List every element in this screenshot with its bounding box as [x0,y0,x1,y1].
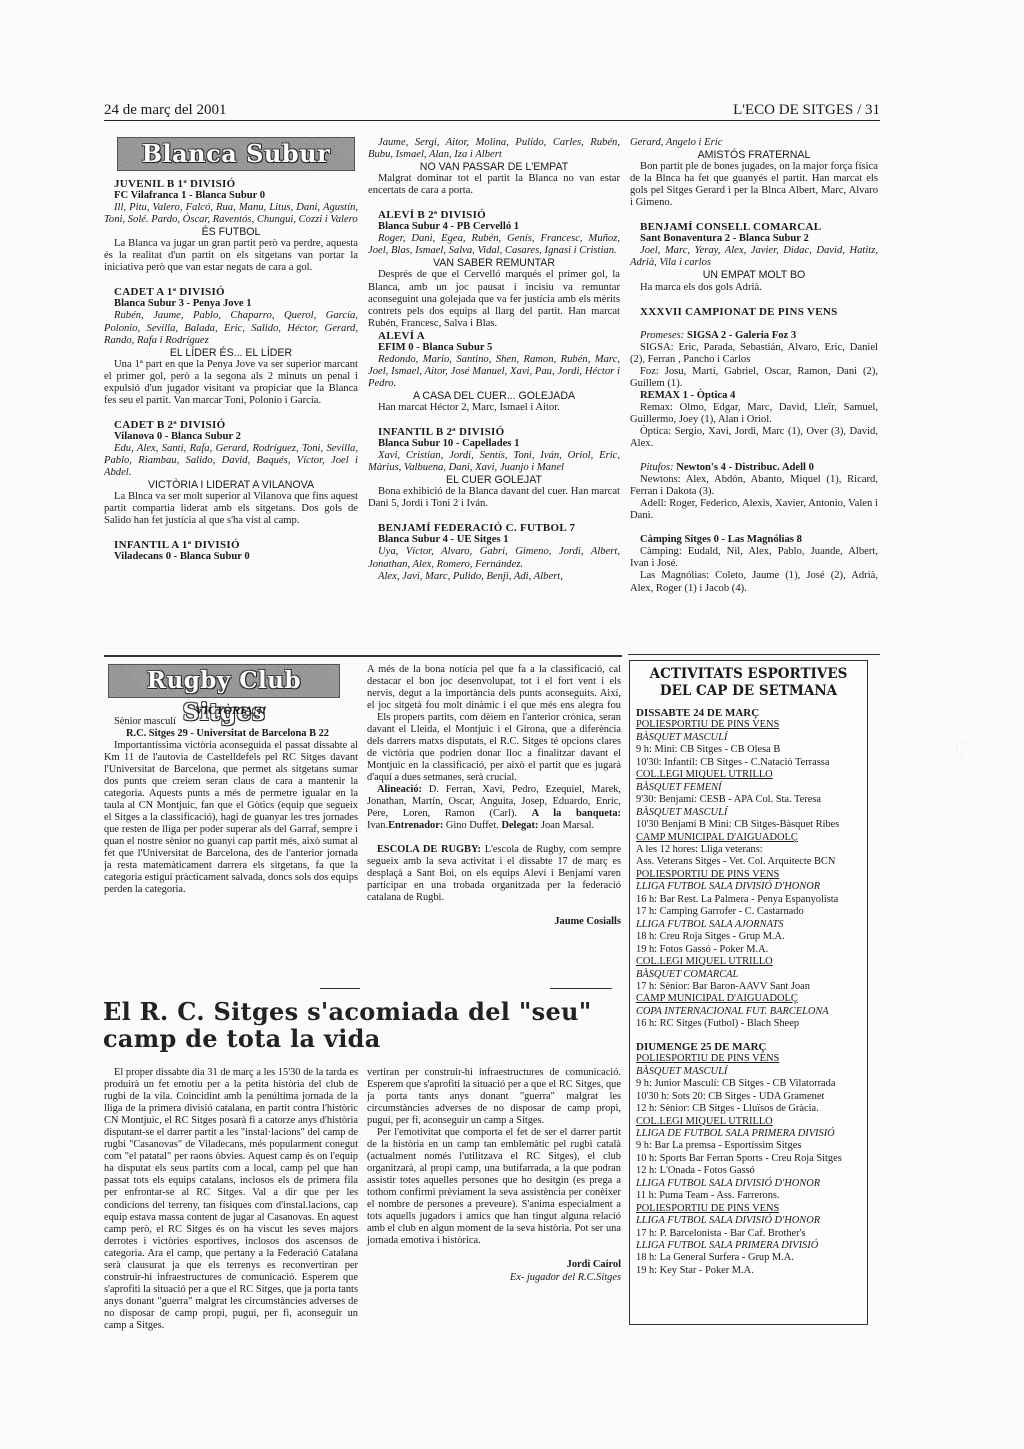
player-list: Gerard, Angelo i Eric [630,137,878,149]
headline: EL CUER GOLEJAT [368,474,620,486]
activity-venue: CAMP MUNICIPAL D'AIGUADOLÇ [636,832,866,844]
activity-sport: LLIGA FUTBOL SALA AJORNATS [636,919,866,931]
section-divider [628,654,880,655]
section-title: CADET B 2ª DIVISIÓ [104,419,358,431]
divider [320,988,360,989]
section-title: JUVENIL B 1ª DIVISIÓ [104,178,358,190]
match-result: EFIM 0 - Blanca Subur 5 [368,342,620,354]
team-lineup: SIGSA: Eric, Parada, Sebastián, Alvaro, … [630,342,878,366]
article-text: Importantíssima victòria aconseguida el … [104,740,358,896]
activity-event: 17 h: Camping Garrofer - C. Castarnado [636,906,866,918]
activity-sport: BÀSQUET FEMENÍ [636,782,866,794]
match-result: Blanca Subur 10 - Capellades 1 [368,438,620,450]
activity-sport: BÀSQUET MASCULÍ [636,807,866,819]
activity-venue: COL.LEGI MIQUEL UTRILLO [636,769,866,781]
rugby-club-banner: Rugby Club Sitges [108,664,340,698]
activity-event: 18 h: Creu Roja Sitges - Grup M.A. [636,931,866,943]
player-list: Jaume, Sergi, Aitor, Molina, Pulido, Car… [368,137,620,161]
team-lineup: Òptica: Sergio, Xavi, Jordi, Marc (1), O… [630,426,878,450]
team-lineup: Newtons: Alex, Abdón, Abanto, Miquel (1)… [630,474,878,498]
player-list: Ill, Pitu, Valero, Falcó, Rua, Manu, Lit… [104,202,358,226]
activity-event: 9 h: Junior Masculí: CB Sitges - CB Vila… [636,1078,866,1090]
scan-artifact: · · ·: ·· : [956,740,986,780]
activity-event: 19 h: Fotos Gassó - Poker M.A. [636,944,866,956]
match-result: FC Vilafranca 1 - Blanca Subur 0 [104,190,358,202]
activity-event: 17 h: Sènior: Bar Baron-AAVV Sant Joan [636,981,866,993]
newspaper-page: 24 de març del 2001 L'ECO DE SITGES / 31… [0,0,1024,1449]
match-line: Promeses: SIGSA 2 - Galeria Foz 3 [630,330,878,342]
activity-event: 10 h: Sports Bar Ferran Sports - Creu Ro… [636,1153,866,1165]
activity-day: DISSABTE 24 DE MARÇ [636,707,866,719]
author-signature: Jordi Cairol [367,1259,621,1271]
activity-sport: BÀSQUET MASCULÍ [636,732,866,744]
issue-date: 24 de març del 2001 [104,102,226,119]
headline: NO VAN PASSAR DE L'EMPAT [368,161,620,173]
publication-and-page: L'ECO DE SITGES / 31 [733,102,880,119]
article-text: La Blanca va jugar un gran partit però v… [104,238,358,274]
article-text: El proper dissabte dia 31 de març a les … [104,1067,358,1331]
activity-event: 10'30 Benjamí B Mini: CB Sitges-Bàsquet … [636,819,866,831]
player-list: Uya, Víctor, Alvaro, Gabri, Gimeno, Jord… [368,546,620,570]
activity-event: 9'30: Benjamí: CESB - APA Col. Sta. Tere… [636,794,866,806]
divider [550,988,612,989]
article-text: Malgrat dominar tot el partit la Blanca … [368,173,620,197]
activity-sport: LLIGA DE FUTBOL SALA PRIMERA DIVISIÓ [636,1128,866,1140]
team-lineup: Las Magnólias: Coleto, Jaume (1), José (… [630,570,878,594]
blanca-subur-banner: Blanca Subur [117,137,355,171]
blanca-column-2: Jaume, Sergi, Aitor, Molina, Pulido, Car… [368,137,620,583]
headline: A CASA DEL CUER... GOLEJADA [368,390,620,402]
activity-event: 12 h: Sènior: CB Sitges - Lluïsos de Grà… [636,1103,866,1115]
activity-sport: LLIGA FUTBOL SALA DIVISIÓ D'HONOR [636,881,866,893]
match-result: Sant Bonaventura 2 - Blanca Subur 2 [630,233,878,245]
player-list: Roger, Dani, Egea, Rubén, Genís, Frances… [368,233,620,257]
activity-sport: LLIGA FUTBOL SALA DIVISIÓ D'HONOR [636,1178,866,1190]
victory-headline: VICTÒRIA!!! [104,704,358,716]
page-header: 24 de març del 2001 L'ECO DE SITGES / 31 [104,102,880,121]
article-text: Ha marca els dos gols Adrià. [630,282,878,294]
farewell-column-1: El proper dissabte dia 31 de març a les … [104,1067,358,1331]
article-text: Han marcat Héctor 2, Marc, Ismael i Aito… [368,402,620,414]
activity-sport: BÀSQUET COMARCAL [636,969,866,981]
section-title: BENJAMÍ FEDERACIÓ C. FUTBOL 7 [368,522,620,534]
headline: UN EMPAT MOLT BO [630,269,878,281]
article-text: Després de que el Cervelló marqués el pr… [368,269,620,329]
activities-title: ACTIVITATS ESPORTIVES DEL CAP DE SETMANA [630,666,867,700]
section-title: INFANTIL A 1ª DIVISIÓ [104,539,358,551]
article-text: Per l'emotivitat que comporta el fet de … [367,1127,621,1247]
category-label: Sènior masculí [104,716,358,728]
blanca-column-1: JUVENIL B 1ª DIVISIÓ FC Vilafranca 1 - B… [104,178,358,563]
activity-event: 11 h: Puma Team - Ass. Farrerons. [636,1190,866,1202]
article-text: Bon partit ple de bones jugades, on la m… [630,161,878,209]
activity-venue: CAMP MUNICIPAL D'AIGUADOLÇ [636,993,866,1005]
match-result: REMAX 1 - Òptica 4 [630,390,878,402]
author-role: Ex- jugador del R.C.Sitges [367,1272,621,1284]
weekend-activities-box: ACTIVITATS ESPORTIVES DEL CAP DE SETMANA… [629,660,868,1325]
player-list: Redondo, Mario, Santino, Shen, Ramon, Ru… [368,354,620,390]
activity-event: Ass. Veterans Sitges - Vet. Col. Arquite… [636,856,866,868]
match-result: Vilanova 0 - Blanca Subur 2 [104,431,358,443]
rugby-column-2: A més de la bona notícia pel que fa a la… [367,664,621,928]
article-text: La Blnca va ser molt superior al Vilanov… [104,491,358,527]
activity-event: A les 12 hores: Lliga veterans: [636,844,866,856]
article-text: Una 1ª part en que la Penya Jove va ser … [104,359,358,407]
activity-venue: POLIESPORTIU DE PINS VENS [636,719,866,731]
headline: ÉS FUTBOL [104,226,358,238]
team-lineup: Càmping: Eudald, Nil, Alex, Pablo, Juand… [630,546,878,570]
player-list: Rubén, Jaume, Pablo, Chaparro, Querol, G… [104,310,358,346]
match-result: Blanca Subur 4 - PB Cervelló 1 [368,221,620,233]
activity-event: 12 h: L'Onada - Fotos Gassó [636,1165,866,1177]
activity-event: 16 h: Bar Rest. La Palmera - Penya Espan… [636,894,866,906]
match-result: R.C. Sitges 29 - Universitat de Barcelon… [104,728,358,740]
article-text: Els propers partits, com dèiem en l'ante… [367,712,621,784]
activity-event: 9 h: Mini: CB Sitges - CB Olesa B [636,744,866,756]
activity-event: 16 h: RC Sitges (Futbol) - Blach Sheep [636,1018,866,1030]
headline: AMISTÓS FRATERNAL [630,149,878,161]
section-title: XXXVII CAMPIONAT DE PINS VENS [630,306,878,318]
activity-sport: LLIGA FUTBOL SALA DIVISIÓ D'HONOR [636,1215,866,1227]
activity-day: DIUMENGE 25 DE MARÇ [636,1041,866,1053]
article-text: A més de la bona notícia pel que fa a la… [367,664,621,712]
match-result: Viladecans 0 - Blanca Subur 0 [104,551,358,563]
player-list: Alex, Javi, Marc, Pulido, Benji, Adi, Al… [368,571,620,583]
match-result: Blanca Subur 3 - Penya Jove 1 [104,298,358,310]
match-result: Blanca Subur 4 - UE Sitges 1 [368,534,620,546]
activity-event: 19 h: Key Star - Poker M.A. [636,1265,866,1277]
activity-event: 17 h: P. Barcelonista - Bar Caf. Brother… [636,1228,866,1240]
section-title: ALEVÍ A [368,330,620,342]
activity-venue: COL.LEGI MIQUEL UTRILLO [636,1116,866,1128]
activity-venue: POLIESPORTIU DE PINS VENS [636,1203,866,1215]
activity-venue: COL.LEGI MIQUEL UTRILLO [636,956,866,968]
activity-event: 18 h: La General Surfera - Grup M.A. [636,1252,866,1264]
player-list: Joel, Marc, Yeray, Alex, Javier, Didac, … [630,245,878,269]
activity-venue: POLIESPORTIU DE PINS VENS [636,1053,866,1065]
rugby-column-1: VICTÒRIA!!! Sènior masculí R.C. Sitges 2… [104,704,358,896]
section-title: BENJAMÍ CONSELL COMARCAL [630,221,878,233]
lineup-text: Alineació: D. Ferran, Xavi, Pedro, Ezequ… [367,784,621,832]
player-list: Xavi, Cristian, Jordi, Sentís, Toni, Ivá… [368,450,620,474]
activity-sport: LLIGA FUTBOL SALA PRIMERA DIVISIÓ [636,1240,866,1252]
player-list: Edu, Alex, Santi, Rafa, Gerard, Rodrígue… [104,443,358,479]
headline: VAN SABER REMUNTAR [368,257,620,269]
activity-event: 10'30 h: Sots 20: CB Sitges - UDA Gramen… [636,1091,866,1103]
article-text: Bona exhibició de la Blanca davant del c… [368,486,620,510]
farewell-headline: El R. C. Sitges s'acomiada del "seu" cam… [103,998,623,1052]
activity-spacer [636,1031,866,1041]
blanca-column-3: Gerard, Angelo i Eric AMISTÓS FRATERNAL … [630,137,878,595]
team-lineup: Adell: Roger, Federico, Alexis, Xavier, … [630,498,878,522]
activity-event: 10'30: Infantil: CB Sitges - C.Natació T… [636,757,866,769]
activity-venue: POLIESPORTIU DE PINS VENS [636,869,866,881]
team-lineup: Remax: Olmo, Edgar, Marc, David, Lleïr, … [630,402,878,426]
team-lineup: Foz: Josu, Martí, Gabriel, Oscar, Ramon,… [630,366,878,390]
farewell-column-2: vertiran per construir-hi infraestructur… [367,1067,621,1284]
activity-event: 9 h: Bar La premsa - Esportíssim Sitges [636,1140,866,1152]
section-title: ALEVÍ B 2ª DIVISIÓ [368,209,620,221]
activity-sport: BÀSQUET MASCULÍ [636,1066,866,1078]
section-title: CADET A 1ª DIVISIÓ [104,286,358,298]
activities-list: DISSABTE 24 DE MARÇPOLIESPORTIU DE PINS … [636,707,866,1277]
activity-sport: COPA INTERNACIONAL FUT. BARCELONA [636,1006,866,1018]
section-divider [104,655,622,657]
match-result: Càmping Sitges 0 - Las Magnólias 8 [630,534,878,546]
author-signature: Jaume Cosialls [367,916,621,928]
headline: EL LÍDER ÉS... EL LÍDER [104,347,358,359]
match-line: Pitufos: Newton's 4 - Distribuc. Adell 0 [630,462,878,474]
school-text: ESCOLA DE RUGBY: L'escola de Rugby, com … [367,844,621,904]
section-title: INFANTIL B 2ª DIVISIÓ [368,426,620,438]
headline: VICTÒRIA I LIDERAT A VILANOVA [104,479,358,491]
article-text: vertiran per construir-hi infraestructur… [367,1067,621,1127]
